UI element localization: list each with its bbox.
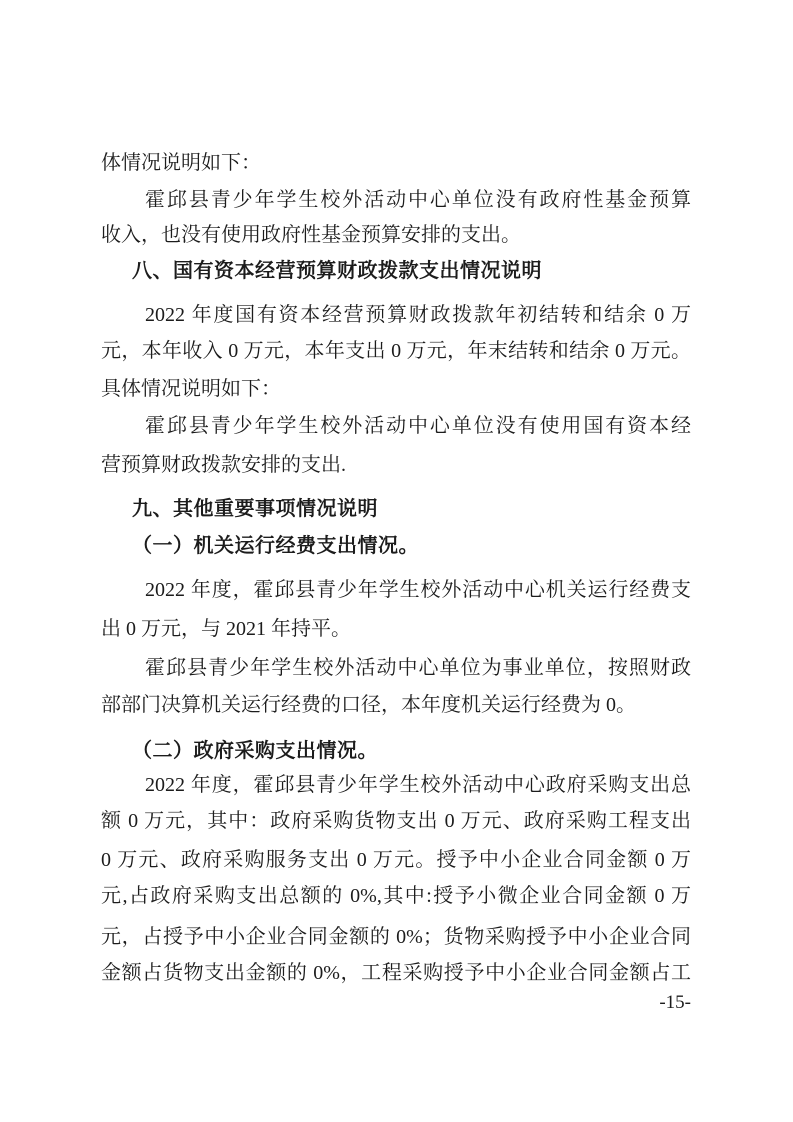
- body-line: 霍邱县青少年学生校外活动中心单位为事业单位，按照财政: [101, 649, 691, 687]
- body-line: 体情况说明如下：: [101, 144, 691, 182]
- document-page: 体情况说明如下： 霍邱县青少年学生校外活动中心单位没有政府性基金预算 收入，也没…: [0, 0, 793, 1122]
- body-line: 收入，也没有使用政府性基金预算安排的支出。: [101, 216, 691, 254]
- body-line: 额 0 万元，其中：政府采购货物支出 0 万元、政府采购工程支出: [101, 802, 691, 840]
- body-line: 0 万元、政府采购服务支出 0 万元。授予中小企业合同金额 0 万: [101, 841, 691, 879]
- body-line: 营预算财政拨款安排的支出.: [101, 446, 691, 484]
- body-line: 2022 年度，霍邱县青少年学生校外活动中心政府采购支出总: [101, 766, 691, 804]
- body-line: 具体情况说明如下：: [101, 370, 691, 408]
- body-line: 部部门决算机关运行经费的口径，本年度机关运行经费为 0。: [101, 686, 691, 724]
- page-number: -15-: [101, 990, 691, 1016]
- body-line: 出 0 万元，与 2021 年持平。: [101, 610, 691, 648]
- body-line: 元，本年收入 0 万元，本年支出 0 万元，年末结转和结余 0 万元。: [101, 332, 691, 370]
- body-line: 2022 年度，霍邱县青少年学生校外活动中心机关运行经费支: [101, 571, 691, 609]
- body-line: 金额占货物支出金额的 0%，工程采购授予中小企业合同金额占工: [101, 954, 691, 992]
- body-line: 霍邱县青少年学生校外活动中心单位没有政府性基金预算: [101, 181, 691, 219]
- section-heading: （一）机关运行经费支出情况。: [101, 527, 691, 565]
- body-line: 2022 年度国有资本经营预算财政拨款年初结转和结余 0 万: [101, 296, 691, 334]
- body-line: 元，占授予中小企业合同金额的 0%；货物采购授予中小企业合同: [101, 918, 691, 956]
- section-heading: 八、国有资本经营预算财政拨款支出情况说明: [101, 252, 691, 290]
- body-line: 霍邱县青少年学生校外活动中心单位没有使用国有资本经: [101, 407, 691, 445]
- section-heading: 九、其他重要事项情况说明: [101, 490, 691, 528]
- section-heading: （二）政府采购支出情况。: [101, 732, 691, 770]
- body-line: 元,占政府采购支出总额的 0%,其中:授予小微企业合同金额 0 万: [101, 877, 691, 915]
